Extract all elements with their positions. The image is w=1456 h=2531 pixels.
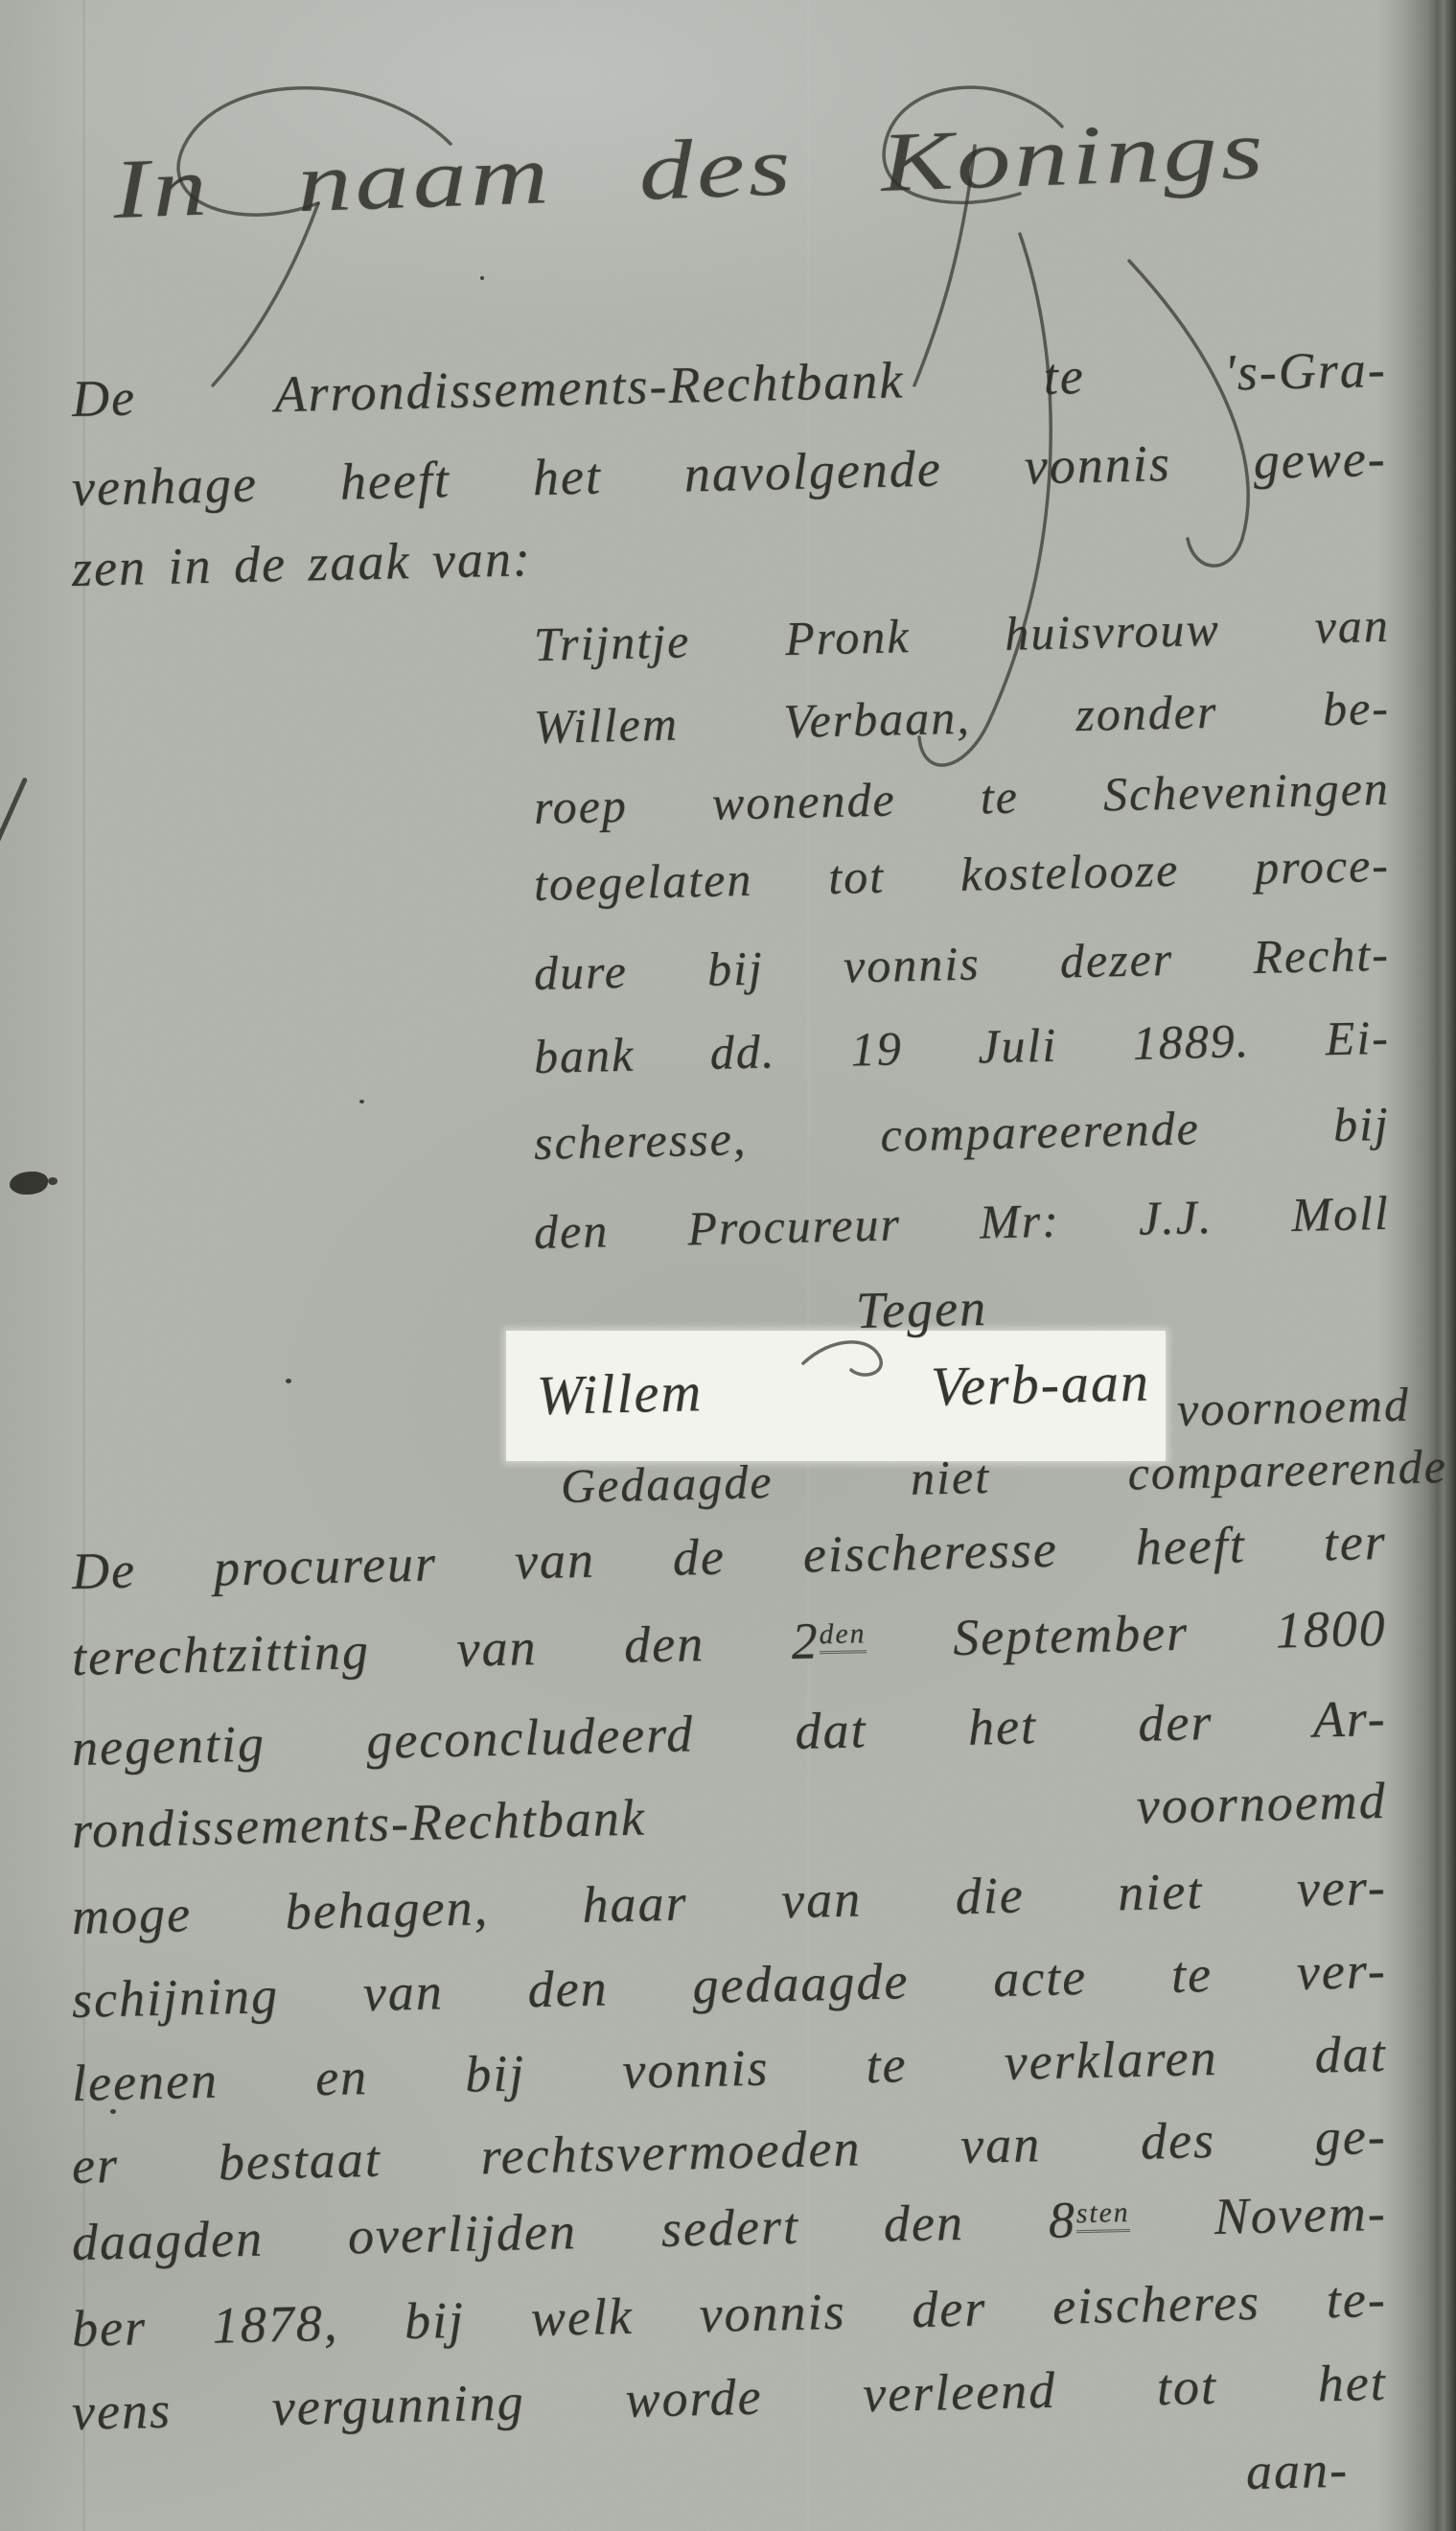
line-text: daagden overlijden sedert den 8 xyxy=(71,2191,1076,2271)
ink-blot xyxy=(10,1172,48,1195)
catchword: aan- xyxy=(1245,2441,1349,2501)
handwritten-line: De Arrondissements-Rechtbank te 's-Gra- xyxy=(71,340,1387,429)
handwritten-line: roep wonende te Scheveningen xyxy=(533,761,1390,834)
handwritten-line: De procureur van de eischeresse heeft te… xyxy=(71,1513,1387,1601)
handwritten-line: den Procureur Mr: J.J. Moll xyxy=(533,1186,1390,1259)
ink-blot xyxy=(48,1177,58,1185)
handwritten-line: leenen en bij vonnis te verklaren dat xyxy=(71,2025,1387,2113)
handwritten-line: dure bij vonnis dezer Recht- xyxy=(533,927,1390,1000)
line-text: terechtzitting van den 2 xyxy=(71,1612,820,1686)
handwritten-line: schijning van den gedaagde acte te ver- xyxy=(71,1941,1387,2030)
handwritten-word: voornoemd xyxy=(1176,1377,1410,1435)
handwritten-line: er bestaat rechtsvermoeden van des ge- xyxy=(71,2107,1387,2195)
scanned-document-page: In naam des Konings De Arrondissements-R… xyxy=(0,0,1456,2531)
superscript-ordinal: sten xyxy=(1075,2197,1130,2233)
document-title: In naam des Konings xyxy=(111,104,1268,239)
ink-speck xyxy=(359,1100,364,1103)
handwritten-line: bank dd. 19 Juli 1889. Ei- xyxy=(533,1010,1390,1083)
handwritten-line: ber 1878, bij welk vonnis der eischeres … xyxy=(71,2270,1387,2358)
handwritten-line: terechtzitting van den 2den September 18… xyxy=(71,1599,1387,1687)
ink-speck xyxy=(110,2109,116,2114)
handwritten-line: rondissements-Rechtbank voornoemd xyxy=(71,1772,1387,1860)
handwritten-line: moge behagen, haar van die niet ver- xyxy=(71,1858,1387,1946)
handwritten-line: toegelaten tot kostelooze proce- xyxy=(533,838,1390,911)
handwritten-line: daagden overlijden sedert den 8sten Nove… xyxy=(71,2184,1387,2272)
pen-stroke-mark xyxy=(0,777,28,848)
line-text: September 1800 xyxy=(952,1599,1387,1666)
superscript-ordinal: den xyxy=(819,1618,867,1654)
handwritten-line: Trijntje Pronk huisvrouw van xyxy=(533,598,1390,671)
ink-speck xyxy=(286,1379,291,1383)
handwritten-line: venhage heeft het navolgende vonnis gewe… xyxy=(71,430,1387,518)
handwritten-line: vens vergunning worde verleend tot het xyxy=(71,2354,1387,2442)
versus-label: Tegen xyxy=(855,1279,987,1340)
handwritten-line: scheresse, compareerende bij xyxy=(533,1097,1390,1170)
line-text: Novem- xyxy=(1213,2184,1387,2245)
ink-speck xyxy=(480,276,484,280)
handwritten-line: Willem Verbaan, zonder be- xyxy=(533,681,1390,754)
handwritten-line: negentig geconcludeerd dat het der Ar- xyxy=(71,1689,1387,1777)
handwritten-line: zen in de zaak van: xyxy=(71,529,532,597)
